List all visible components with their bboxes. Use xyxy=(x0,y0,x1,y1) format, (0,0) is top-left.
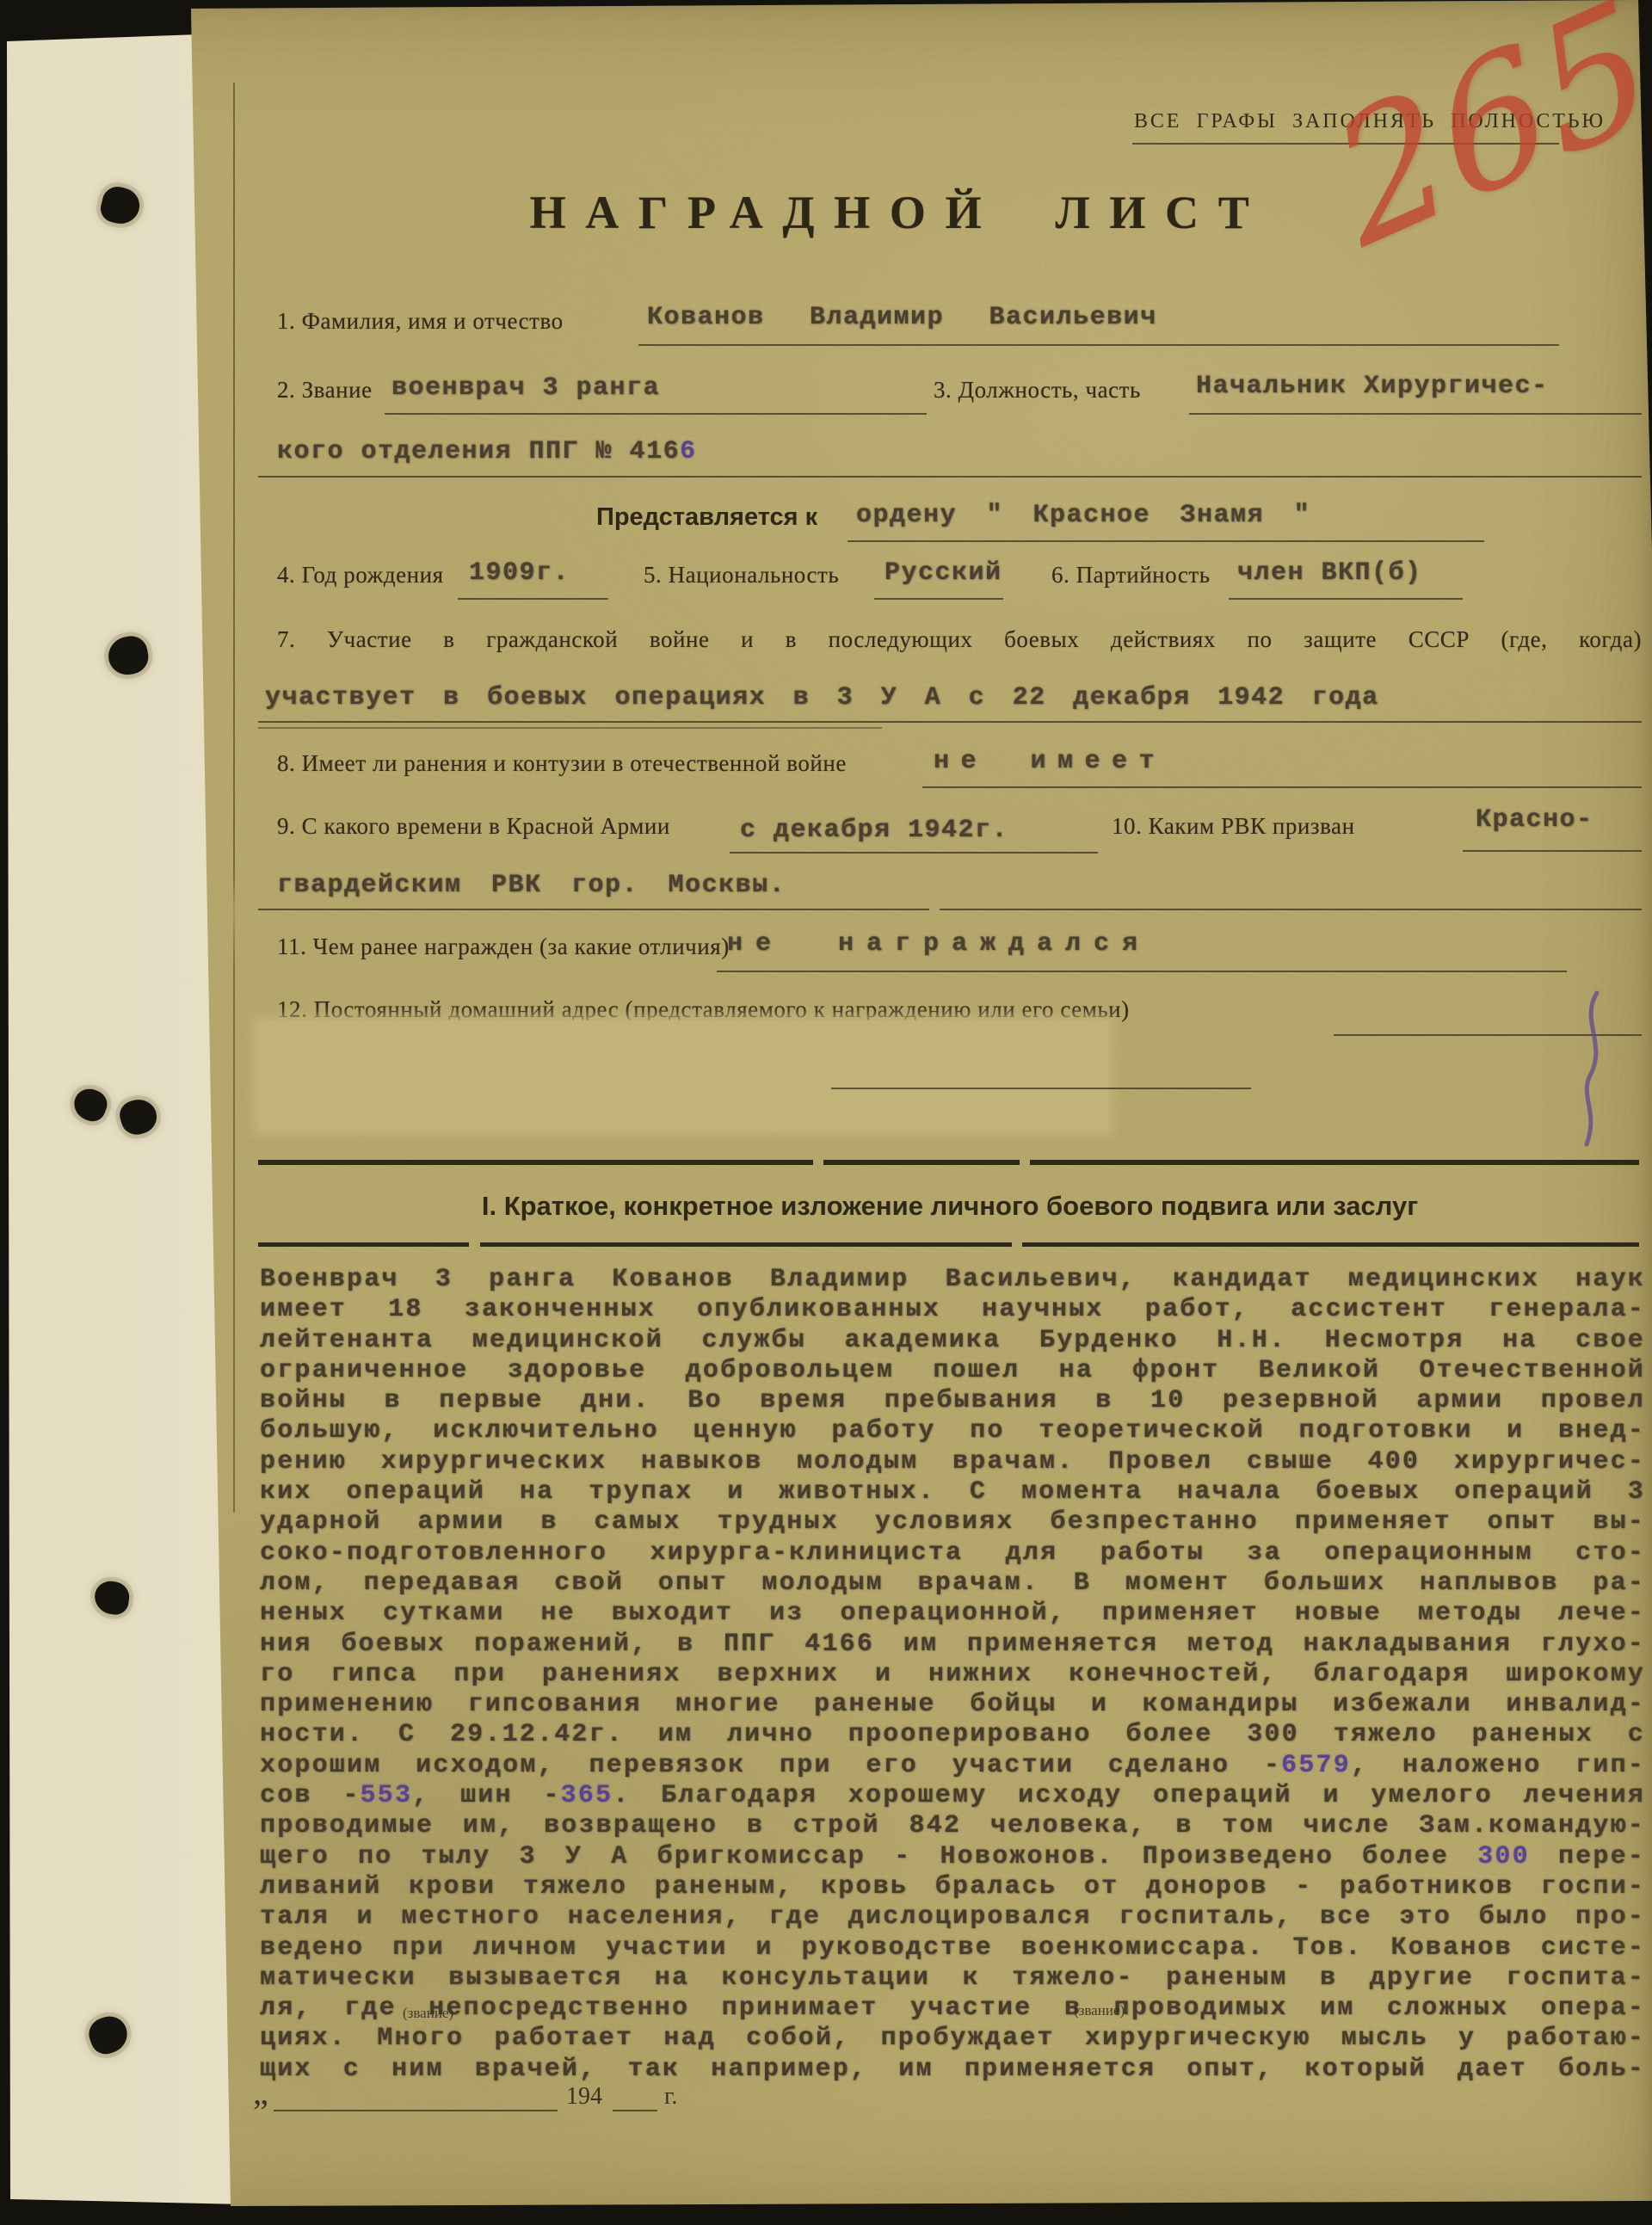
citation-line: щего по тылу 3 У А бригкомиссар - Новожо… xyxy=(260,1842,1645,1872)
underline xyxy=(258,476,1642,478)
presented-for-value: ордену " Красное Знамя " xyxy=(856,501,1310,530)
citation-line: применению гипсования многие раненые бой… xyxy=(260,1690,1645,1720)
purple-ink-mark xyxy=(1573,988,1612,1151)
underline xyxy=(730,852,1098,854)
citation-line: сов -553, шин -365. Благодаря хорошему и… xyxy=(260,1781,1645,1811)
field-1-value: Кованов Владимир Васильевич xyxy=(647,303,1157,332)
punch-hole xyxy=(98,183,144,227)
redacted-address-area xyxy=(258,1020,1108,1131)
field-8-label: 8. Имеет ли ранения и контузии в отечест… xyxy=(277,750,847,777)
field-11-label: 11. Чем ранее награжден (за какие отличи… xyxy=(277,934,730,960)
award-sheet-page: ДЛЯ ПОДШИВКИ ВСЕ ГРАФЫ ЗАПОЛНЯТЬ ПОЛНОСТ… xyxy=(0,0,1652,2225)
citation-line: большую, исключительно ценную работу по … xyxy=(260,1416,1645,1446)
section-divider xyxy=(258,1160,813,1165)
field-5-value: Русский xyxy=(885,558,1002,588)
field-3-cont-text: кого отделения ППГ № 416 xyxy=(277,437,680,466)
handwritten-page-number: 265 xyxy=(1312,0,1652,287)
punch-hole xyxy=(93,1579,132,1616)
section-divider xyxy=(258,1242,469,1247)
underline xyxy=(1463,850,1642,852)
margin-rule xyxy=(233,83,235,1513)
field-8-value: не имеет xyxy=(934,747,1166,776)
field-3-label: 3. Должность, часть xyxy=(934,377,1141,404)
section-divider xyxy=(1030,1160,1639,1165)
citation-line: циях. Много работает над собой, пробужда… xyxy=(260,2024,1645,2054)
field-4-value: 1909г. xyxy=(469,558,570,588)
field-5-label: 5. Национальность xyxy=(644,562,839,589)
field-7-value: участвует в боевых операциях в 3 У А с 2… xyxy=(265,683,1379,712)
field-7-label: 7. Участие в гражданской войне и в после… xyxy=(277,626,1642,653)
scanned-award-sheet: ДЛЯ ПОДШИВКИ ВСЕ ГРАФЫ ЗАПОЛНЯТЬ ПОЛНОСТ… xyxy=(0,0,1652,2225)
punch-hole xyxy=(84,2012,133,2059)
citation-line: го гипса при ранениях верхних и нижних к… xyxy=(260,1660,1645,1690)
citation-line: рению хирургических навыков молодым врач… xyxy=(260,1447,1645,1477)
field-6-value: член ВКП(б) xyxy=(1237,558,1422,588)
underline xyxy=(613,2110,657,2111)
section-title: I. Краткое, конкретное изложение личного… xyxy=(258,1191,1642,1222)
citation-line: ведено при личном участии и руководстве … xyxy=(260,1933,1645,1963)
citation-line: лом, передавая свой опыт молодым врачам.… xyxy=(260,1569,1645,1599)
underline xyxy=(940,909,1642,910)
underline xyxy=(258,909,929,910)
punch-hole xyxy=(70,1084,112,1125)
underline xyxy=(922,786,1642,788)
citation-line: проводимые им, возвращено в строй 842 че… xyxy=(260,1811,1645,1841)
citation-line: лейтенанта медицинской службы академика … xyxy=(260,1326,1645,1356)
field-11-value: не награждался xyxy=(727,929,1150,958)
underline xyxy=(274,2110,558,2111)
underline xyxy=(1189,413,1642,415)
section-divider xyxy=(1022,1242,1639,1247)
citation-line: Военврач 3 ранга Кованов Владимир Василь… xyxy=(260,1265,1645,1295)
field-2-label: 2. Звание xyxy=(277,377,373,404)
section-divider xyxy=(480,1242,1012,1247)
citation-line: соко-подготовленного хирурга-клинициста … xyxy=(260,1538,1645,1569)
citation-line: войны в первые дни. Во время пребывания … xyxy=(260,1386,1645,1416)
underline xyxy=(874,598,1003,600)
date-year-stub: 194 xyxy=(566,2083,602,2111)
citation-line: имеет 18 законченных опубликованных науч… xyxy=(260,1295,1645,1325)
citation-line: неных сутками не выходит из операционной… xyxy=(260,1599,1645,1629)
underline xyxy=(717,971,1567,972)
citation-line: щих с ним врачей, так например, им приме… xyxy=(260,2055,1645,2085)
rank-caption: (звание) xyxy=(403,2005,453,2022)
citation-line: таля и местного населения, где дислоциро… xyxy=(260,1902,1645,1932)
underline xyxy=(848,540,1484,542)
document-title: НАГРАДНОЙ ЛИСТ xyxy=(245,186,1553,239)
rank-caption: (звание) xyxy=(1074,2002,1125,2019)
underline xyxy=(385,413,927,415)
field-3-value: Начальник Хирургичес- xyxy=(1196,372,1549,401)
field-3-value-continuation: кого отделения ППГ № 4166 xyxy=(277,437,697,466)
citation-line: ударной армии в самых трудных условиях б… xyxy=(260,1507,1645,1538)
date-year-unit: г. xyxy=(664,2083,677,2111)
field-10-label: 10. Каким РВК призван xyxy=(1112,813,1355,840)
field-2-value: военврач 3 ранга xyxy=(391,373,660,403)
field-10-value-continuation: гвардейским РВК гор. Москвы. xyxy=(277,871,786,900)
citation-text: Военврач 3 ранга Кованов Владимир Василь… xyxy=(260,1265,1645,2085)
date-open-quote: „ xyxy=(253,2072,268,2112)
field-6-label: 6. Партийность xyxy=(1051,562,1211,589)
field-9-label: 9. С какого времени в Красной Армии xyxy=(277,813,670,840)
section-divider xyxy=(823,1160,1020,1165)
citation-line: ности. С 29.12.42г. им лично проопериров… xyxy=(260,1720,1645,1750)
field-1-label: 1. Фамилия, имя и отчество xyxy=(277,308,564,335)
field-10-value: Красно- xyxy=(1476,805,1593,835)
citation-line: ля, где непосредственно принимает участи… xyxy=(260,1994,1645,2024)
underline xyxy=(831,1088,1251,1089)
underline xyxy=(638,344,1559,346)
citation-line: хорошим исходом, перевязок при его участ… xyxy=(260,1751,1645,1781)
field-9-value: с декабря 1942г. xyxy=(740,816,1008,845)
citation-line: матически вызывается на консультации к т… xyxy=(260,1963,1645,1994)
underline xyxy=(258,727,882,729)
citation-line: ния боевых поражений, в ППГ 4166 им прим… xyxy=(260,1630,1645,1660)
punch-hole xyxy=(116,1095,160,1138)
citation-line: ких операций на трупах и животных. С мом… xyxy=(260,1477,1645,1507)
citation-line: ограниченное здоровье добровольцем пошел… xyxy=(260,1356,1645,1386)
field-4-label: 4. Год рождения xyxy=(277,562,444,589)
underline xyxy=(458,598,608,600)
citation-line: ливаний крови тяжело раненым, кровь брал… xyxy=(260,1872,1645,1902)
field-3-cont-purple-digit: 6 xyxy=(680,437,697,466)
underline xyxy=(1229,598,1463,600)
underline xyxy=(258,721,1642,723)
presented-for-label: Представляется к xyxy=(596,503,817,532)
punch-hole xyxy=(106,633,151,677)
field-12-label: 12. Постоянный домашний адрес (представл… xyxy=(277,996,1130,1023)
